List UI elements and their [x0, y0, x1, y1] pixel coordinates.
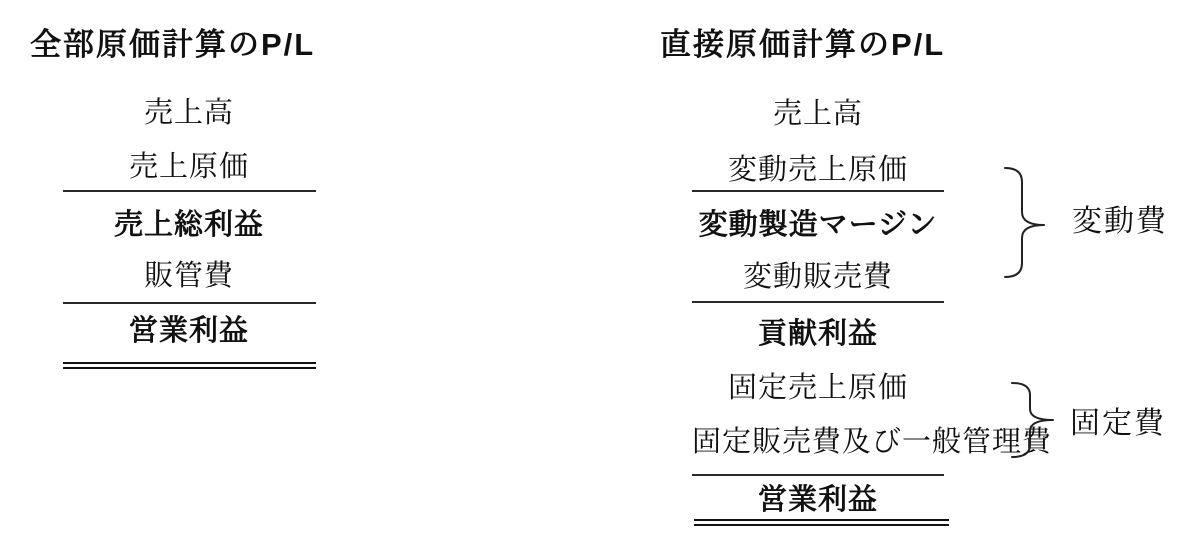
direct-costing-title: 直接原価計算のP/L: [660, 27, 945, 63]
single-rule: [692, 474, 944, 476]
line-item-gross-profit: 売上総利益: [63, 207, 315, 243]
line-item-contribution-margin: 貢献利益: [692, 316, 944, 352]
line-item-cost-of-sales: 売上原価: [63, 149, 315, 185]
line-item-operating-income: 営業利益: [692, 482, 944, 518]
single-rule: [692, 301, 944, 303]
single-rule: [692, 190, 944, 192]
variable-cost-brace: [1000, 163, 1050, 281]
double-rule: [63, 362, 316, 369]
line-item-operating-income: 営業利益: [63, 313, 315, 349]
line-item-fixed-sga: 固定販売費及び一般管理費: [692, 424, 944, 460]
line-item-sga: 販管費: [63, 258, 315, 294]
pl-comparison-diagram: 全部原価計算のP/L 売上高 売上原価 売上総利益 販管費 営業利益 直接原価計…: [0, 0, 1200, 542]
double-rule: [694, 519, 949, 526]
line-item-variable-cost-of-sales: 変動売上原価: [692, 152, 944, 188]
variable-cost-label: 変動費: [1072, 206, 1168, 238]
line-item-sales: 売上高: [63, 95, 315, 131]
fixed-cost-label: 固定費: [1070, 408, 1166, 440]
line-item-variable-manufacturing-margin: 変動製造マージン: [692, 207, 944, 243]
fixed-cost-brace: [1008, 379, 1060, 463]
full-costing-title: 全部原価計算のP/L: [30, 27, 315, 63]
line-item-variable-selling-expenses: 変動販売費: [692, 259, 944, 295]
single-rule: [63, 302, 316, 304]
line-item-sales: 売上高: [692, 96, 944, 132]
line-item-fixed-cost-of-sales: 固定売上原価: [692, 370, 944, 406]
single-rule: [63, 190, 316, 192]
